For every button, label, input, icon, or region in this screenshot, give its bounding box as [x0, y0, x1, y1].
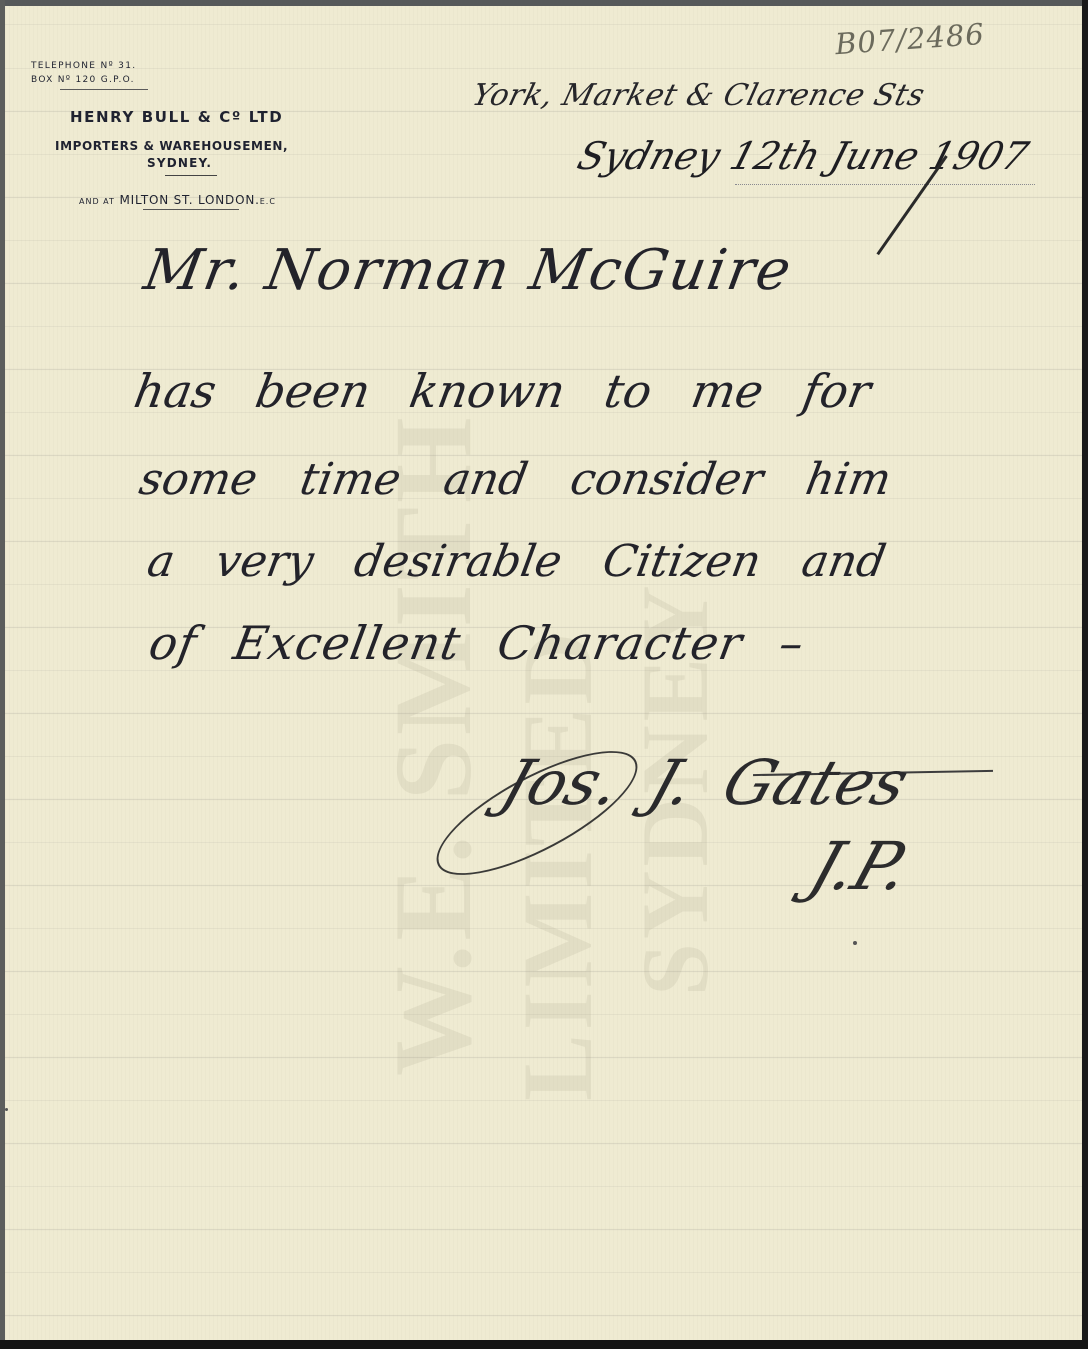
letter-page: W.E. SMITH LIMITED SYDNEY TELEPHONE Nº 3… — [5, 6, 1082, 1340]
salutation: Mr. Norman McGuire — [139, 238, 797, 303]
watermark-line-1: W.E. SMITH — [370, 413, 497, 1076]
letterhead-divider — [143, 209, 239, 210]
ink-speck — [5, 1108, 8, 1111]
letterhead-city: SYDNEY. — [147, 156, 212, 170]
letterhead-business: IMPORTERS & WAREHOUSEMEN, — [55, 139, 288, 153]
letterhead-london-prefix: AND AT — [79, 197, 115, 206]
letterhead-london-address: MILTON ST. LONDON. — [120, 193, 260, 207]
letterhead-london: AND AT MILTON ST. LONDON.E.C — [79, 193, 276, 207]
body-line: of Excellent Character – — [145, 616, 809, 670]
letter-date: Sydney 12th June 1907 — [573, 134, 1034, 178]
printed-address: York, Market & Clarence Sts — [469, 78, 929, 113]
letterhead-divider — [165, 175, 217, 176]
watermark-line-2: LIMITED — [500, 628, 615, 1101]
body-line: has been known to me for — [130, 364, 875, 418]
letterhead-box: BOX Nº 120 G.P.O. — [31, 75, 135, 85]
scan-border-right — [1082, 0, 1088, 1349]
body-line: a very desirable Citizen and — [144, 536, 890, 587]
letterhead-london-suffix: E.C — [260, 197, 276, 206]
date-dotted-rule — [735, 184, 1035, 185]
signature: Jos. J. Gates — [493, 746, 918, 819]
ink-speck — [853, 941, 857, 945]
body-line: some time and consider him — [136, 454, 896, 505]
letterhead-telephone: TELEPHONE Nº 31. — [31, 61, 136, 71]
archive-reference: B07/2486 — [834, 17, 986, 61]
letterhead-company: HENRY BULL & Cº LTD — [70, 108, 283, 126]
scan-border-bottom — [0, 1340, 1088, 1349]
letterhead-divider — [60, 89, 148, 90]
signature-title: J.P. — [800, 828, 919, 905]
